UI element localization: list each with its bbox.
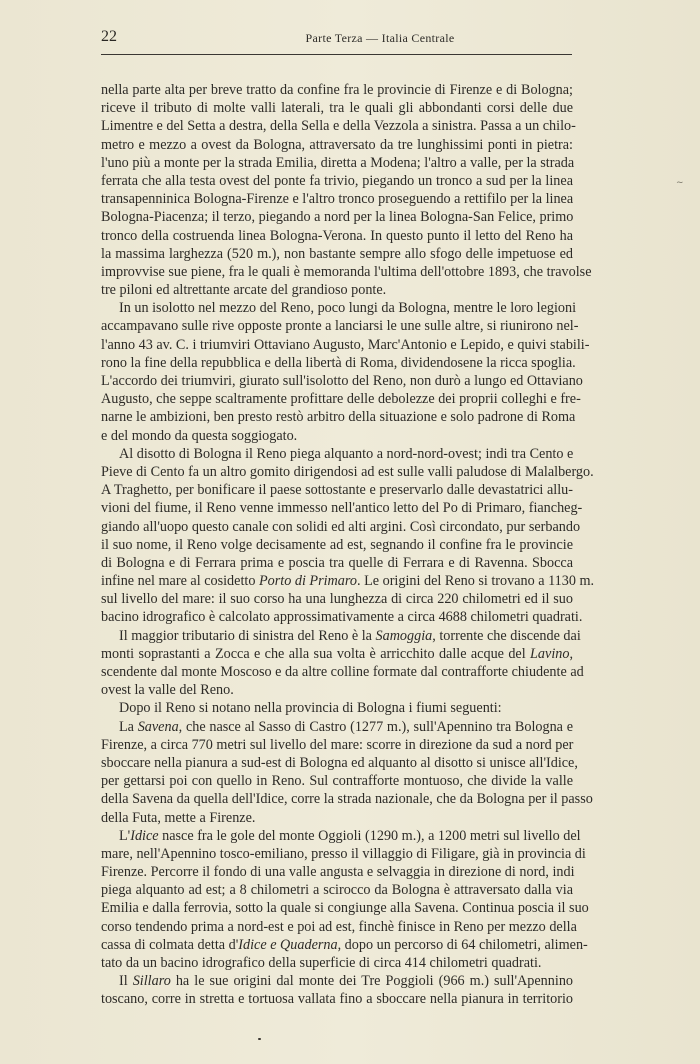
italic-term: Idice e Quaderna: [238, 937, 337, 953]
text-line: accampavano sulle rive opposte pronte a …: [101, 317, 573, 335]
text-line: tronco della costruenda linea Bologna-Ve…: [101, 227, 573, 245]
text-line: cassa di colmata detta d'Idice e Quadern…: [101, 936, 573, 954]
running-head: Parte Terza — Italia Centrale: [260, 31, 500, 46]
header-rule: [101, 54, 572, 55]
text-run: , torrente che discende dai: [432, 628, 581, 644]
text-line: ferrata che alla testa ovest del ponte f…: [101, 172, 573, 190]
text-line: metro e mezzo a ovest da Bologna, attrav…: [101, 136, 573, 154]
text-run: infine nel mare al cosidetto: [101, 573, 259, 589]
text-run: ha le sue origini dal monte dei Tre Pogg…: [171, 973, 573, 989]
text-line: vioni del fiume, il Reno venne immesso n…: [101, 499, 573, 517]
text-body: nella parte alta per breve tratto da con…: [101, 81, 573, 1009]
text-line: Il Sillaro ha le sue origini dal monte d…: [101, 972, 573, 990]
text-line: la massima larghezza (520 m.), non basta…: [101, 245, 573, 263]
text-line: La Savena, che nasce al Sasso di Castro …: [101, 718, 573, 736]
text-line: tre piloni ed altrettante arcate del gra…: [101, 281, 573, 299]
italic-term: Savena: [138, 719, 179, 735]
text-line: Pieve di Cento fa un altro gomito dirige…: [101, 463, 573, 481]
text-line: scendente dal monte Moscoso e da altre c…: [101, 663, 573, 681]
book-page: 22 Parte Terza — Italia Centrale nella p…: [0, 0, 700, 1064]
text-line: nella parte alta per breve tratto da con…: [101, 81, 573, 99]
text-line: giando all'uopo questo canale con solidi…: [101, 518, 573, 536]
text-run: . Le origini del Reno si trovano a 1130 …: [357, 573, 594, 589]
text-line: Il maggior tributario di sinistra del Re…: [101, 627, 573, 645]
text-run: La: [119, 719, 138, 735]
text-line: improvvise sue piene, fra le quali è mem…: [101, 263, 573, 281]
text-line: e del mondo da questa soggiogato.: [101, 427, 573, 445]
text-line: il suo nome, il Reno volge decisamente a…: [101, 536, 573, 554]
text-line: L'Idice nasce fra le gole del monte Oggi…: [101, 827, 573, 845]
text-line: di Bologna e di Ferrara prima e poscia t…: [101, 554, 573, 572]
text-line: l'uno più a monte per la strada Emilia, …: [101, 154, 573, 172]
text-line: narne le ambizioni, ben presto restò arb…: [101, 408, 573, 426]
text-line: sul livello del mare: il suo corso ha un…: [101, 590, 573, 608]
text-line: della Savena da quella dell'Idice, corre…: [101, 790, 573, 808]
text-line: toscano, corre in stretta e tortuosa val…: [101, 990, 573, 1008]
text-line: transapenninica Bologna-Firenze e l'altr…: [101, 190, 573, 208]
text-line: Firenze, a circa 770 metri sul livello d…: [101, 736, 573, 754]
page-number: 22: [101, 28, 117, 46]
italic-term: Samoggia: [376, 628, 433, 644]
margin-mark: ~: [676, 178, 684, 188]
text-line: Augusto, che seppe scaltramente profitta…: [101, 390, 573, 408]
italic-term: Lavino: [530, 646, 569, 662]
text-run: monti soprastanti a Zocca e che alla sua…: [101, 646, 530, 662]
text-line: ovest la valle del Reno.: [101, 681, 573, 699]
text-run: cassa di colmata detta d': [101, 937, 238, 953]
text-run: L': [119, 828, 130, 844]
text-line: Emilia e dalla ferrovia, sotto la quale …: [101, 899, 573, 917]
text-line: riceve il tributo di molte valli lateral…: [101, 99, 573, 117]
text-line: bacino idrografico è calcolato approssim…: [101, 608, 573, 626]
italic-term: Porto di Primaro: [259, 573, 357, 589]
text-line: Firenze. Percorre il fondo di una valle …: [101, 863, 573, 881]
italic-term: Sillaro: [133, 973, 171, 989]
text-run: nasce fra le gole del monte Oggioli (129…: [159, 828, 581, 844]
text-line: della Futa, mette a Firenze.: [101, 809, 573, 827]
italic-term: Idice: [130, 828, 158, 844]
text-line: l'anno 43 av. C. i triumviri Ottaviano A…: [101, 336, 573, 354]
text-line: L'accordo dei triumviri, giurato sull'is…: [101, 372, 573, 390]
text-line: corso tendendo prima a nord-est e poi ad…: [101, 918, 573, 936]
text-line: Dopo il Reno si notano nella provincia d…: [101, 699, 573, 717]
text-line: infine nel mare al cosidetto Porto di Pr…: [101, 572, 573, 590]
text-line: Limentre e del Setta a destra, della Sel…: [101, 117, 573, 135]
text-line: Bologna-Piacenza; il terzo, piegando a n…: [101, 208, 573, 226]
text-line: sboccare nella pianura a sud-est di Bolo…: [101, 754, 573, 772]
text-line: piega alquanto ad est; a 8 chilometri a …: [101, 881, 573, 899]
text-line: monti soprastanti a Zocca e che alla sua…: [101, 645, 573, 663]
text-line: A Traghetto, per bonificare il paese sot…: [101, 481, 573, 499]
text-line: tato da un bacino idrografico della supe…: [101, 954, 573, 972]
text-line: In un isolotto nel mezzo del Reno, poco …: [101, 299, 573, 317]
text-line: per gettarsi poi con quello in Reno. Sul…: [101, 772, 573, 790]
text-line: mare, nell'Apennino tosco-emiliano, pres…: [101, 845, 573, 863]
text-run: Il maggior tributario di sinistra del Re…: [119, 628, 376, 644]
text-run: ,: [569, 646, 573, 662]
text-run: , dopo un percorso di 64 chilometri, ali…: [338, 937, 588, 953]
text-run: , che nasce al Sasso di Castro (1277 m.)…: [179, 719, 573, 735]
text-line: rono la fine della repubblica e della li…: [101, 354, 573, 372]
text-line: Al disotto di Bologna il Reno piega alqu…: [101, 445, 573, 463]
page-speck: [258, 1038, 261, 1040]
text-run: Il: [119, 973, 133, 989]
